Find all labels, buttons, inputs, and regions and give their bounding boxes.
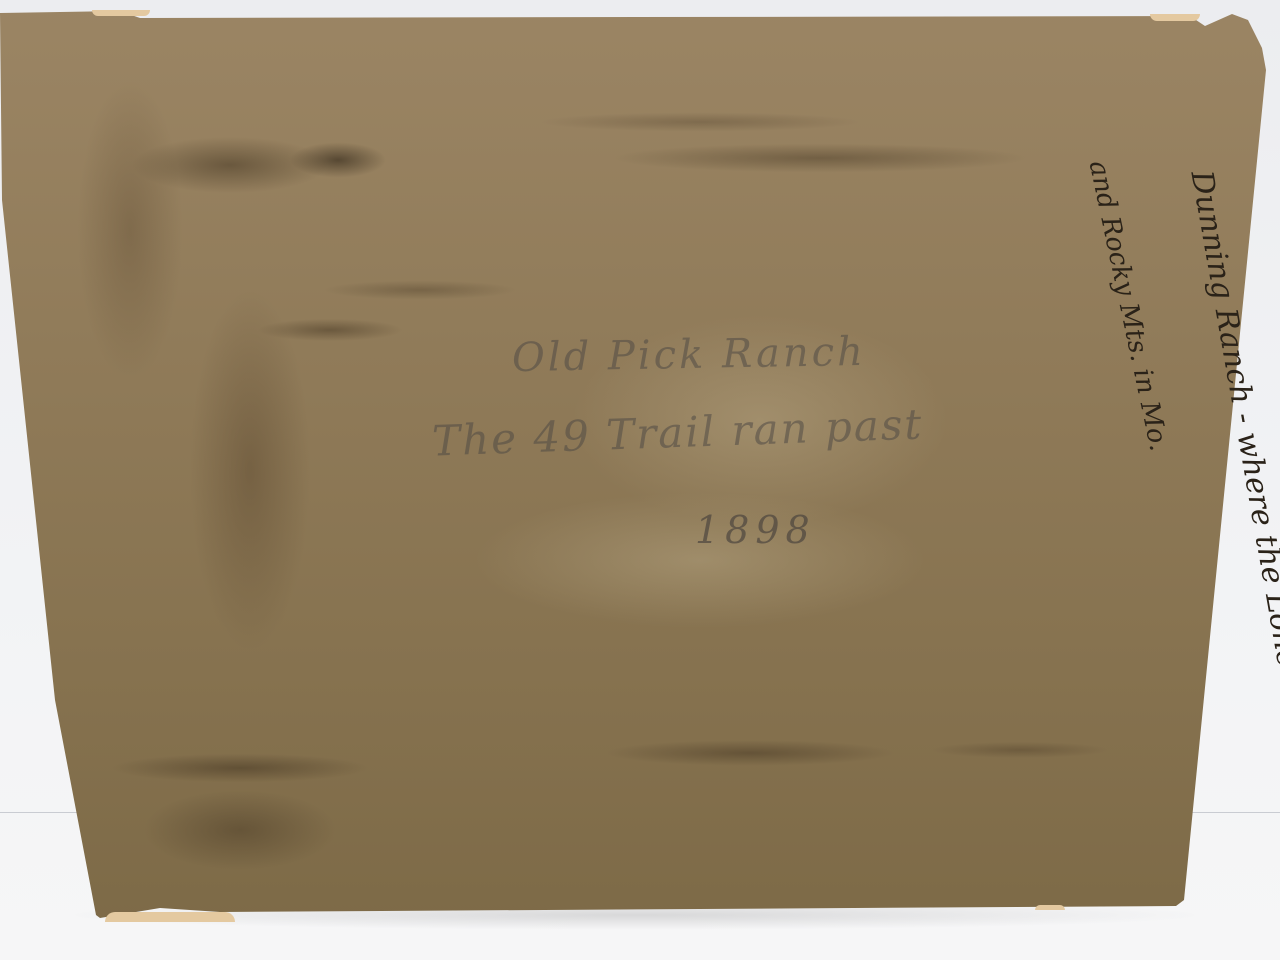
torn-corner-top-right	[1150, 14, 1200, 21]
torn-edge-bottom-left	[105, 912, 235, 922]
torn-corner-top-left	[92, 10, 150, 16]
torn-edge-bottom-right	[1035, 905, 1065, 910]
pencil-inscription-ranch: Old Pick Ranch	[512, 329, 867, 381]
pencil-inscription-year: 1898	[695, 508, 816, 552]
cardboard-mount	[0, 0, 1280, 960]
